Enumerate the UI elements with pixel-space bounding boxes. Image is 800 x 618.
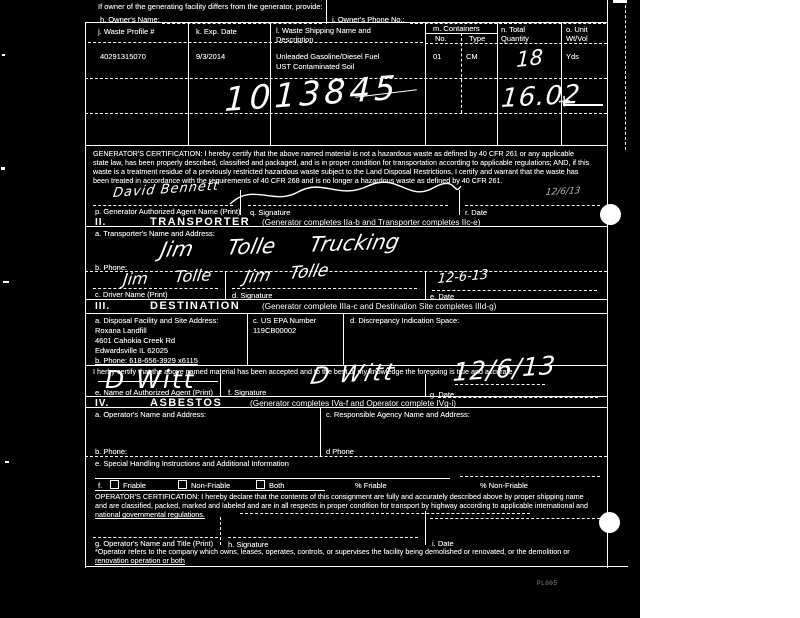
col-divider-lm — [425, 22, 426, 145]
operator-sig-area-dash — [430, 518, 600, 519]
row2-profile-handwriting: 1013845 — [224, 68, 400, 119]
hole-punch-bottom — [599, 512, 620, 533]
friable-checkbox[interactable] — [110, 480, 119, 489]
generator-label-r: r. Date — [465, 208, 487, 217]
col-divider-no-type — [461, 33, 462, 113]
col-header-shipping-1: l. Waste Shipping Name and — [276, 26, 371, 35]
section3-subtitle: (Generator complete IIIa-c and Destinati… — [262, 302, 496, 311]
non-friable-label: Non-Friable — [191, 481, 230, 490]
generator-signature-line — [248, 205, 448, 206]
operator-sig-divider-2 — [425, 511, 426, 545]
transporter-sig-divider-1 — [225, 271, 226, 299]
asbestos-agency-label: c. Responsible Agency Name and Address: — [326, 410, 470, 419]
scan-speck — [2, 54, 5, 56]
col-header-no: No. — [435, 34, 447, 43]
col-header-containers: m. Containers — [433, 24, 480, 33]
scan-stamp-code: PL005 — [537, 580, 558, 587]
scanned-manifest-page: If owner of the generating facility diff… — [0, 0, 800, 618]
row1-qty-handwriting: 18 — [516, 45, 543, 72]
destination-phone: b. Phone: 618-656-3929 x6115 — [95, 356, 198, 365]
destination-facility-2: 4601 Cahokia Creek Rd — [95, 336, 175, 345]
hole-punch-top — [600, 204, 621, 225]
row1-containers-type: CM — [466, 52, 478, 61]
asbestos-special-bottom — [95, 478, 450, 479]
scan-speck — [1, 167, 5, 170]
destination-name-strike — [98, 381, 218, 382]
transporter-box-top — [85, 226, 607, 227]
col-divider-mn — [497, 22, 498, 145]
generator-date-handwriting: 12/6/13 — [545, 186, 581, 198]
scan-speck — [613, 0, 627, 3]
col-header-unit-1: o. Unit — [566, 25, 588, 34]
owner-divider — [326, 0, 327, 24]
asbestos-special-bottom-dash — [460, 476, 600, 477]
asbestos-operator-label: a. Operator's Name and Address: — [95, 410, 206, 419]
form-bottom-border — [85, 566, 628, 567]
col-header-qty-1: n. Total — [501, 25, 525, 34]
scan-speck — [3, 281, 9, 283]
header-underline-right — [425, 43, 607, 44]
col-header-profile: j. Waste Profile # — [98, 27, 154, 36]
operator-cert-trailing-line — [240, 513, 530, 514]
asbestos-special-label: e. Special Handling Instructions and Add… — [95, 459, 289, 468]
row1-containers-no: 01 — [433, 52, 441, 61]
destination-epa-divider-left — [247, 313, 248, 365]
friable-row-underline — [95, 490, 325, 491]
form-left-border-lower — [85, 216, 86, 568]
generator-print-line — [93, 205, 233, 206]
col-header-unit-2: Wt/Vol — [566, 34, 588, 43]
row1-shipping-1: Unleaded Gasoline/Diesel Fuel — [276, 52, 379, 61]
transporter-sig-divider-2 — [425, 271, 426, 299]
header-underline-left — [88, 42, 423, 43]
row1-unit: Yds — [566, 52, 579, 61]
transporter-date-line — [432, 290, 597, 291]
generator-date-line — [465, 205, 600, 206]
transporter-signature-handwriting: Jim Tolle — [242, 260, 331, 288]
destination-date-handwriting: 12/6/13 — [452, 351, 557, 387]
owner-name-line — [162, 23, 322, 24]
scan-speck — [5, 461, 9, 463]
destination-discrepancy-label: d. Discrepancy Indication Space: — [350, 316, 459, 325]
generator-label-p: p. Generator Authorized Agent Name (Prin… — [95, 207, 241, 216]
operator-cert-line3: national governmental regulations. — [95, 510, 205, 520]
destination-facility-label: a. Disposal Facility and Site Address: — [95, 316, 218, 325]
footnote-line2: renovation operation or both — [95, 556, 185, 566]
transporter-label-c: c. Driver Name (Print) — [95, 290, 168, 299]
destination-facility-1: Roxana Landfill — [95, 326, 147, 335]
row2-divider — [85, 113, 607, 114]
friable-label: Friable — [123, 481, 146, 490]
document-scan-area: If owner of the generating facility diff… — [0, 0, 640, 618]
operator-sig-line — [228, 537, 418, 538]
section3-title: DESTINATION — [150, 300, 240, 312]
generator-label-q: q. Signature — [250, 208, 290, 217]
form-right-border — [607, 0, 608, 568]
row1-profile: 40291315070 — [100, 52, 146, 61]
row2-qty-dash — [563, 104, 603, 106]
col-header-exp: k. Exp. Date — [196, 27, 237, 36]
row2-qty-tail: + — [557, 91, 573, 112]
transporter-date-handwriting: 12-6-13 — [437, 267, 489, 287]
destination-box-top — [85, 313, 607, 314]
asbestos-phone-d-label: d Phone — [326, 447, 354, 456]
operator-sig-divider-1 — [220, 517, 221, 545]
top-note: If owner of the generating facility diff… — [98, 2, 323, 11]
row1-exp-date: 9/3/2014 — [196, 52, 225, 61]
col-header-qty-2: Quantity — [501, 34, 529, 43]
form-left-border-upper — [85, 22, 86, 216]
destination-sig-divider-1 — [220, 374, 221, 396]
pct-friable-label: % Friable — [355, 481, 387, 490]
asbestos-box-top — [85, 407, 607, 408]
asbestos-agency-divider — [320, 407, 321, 456]
col-header-type: Type — [469, 34, 485, 43]
destination-signature-handwriting: D Witt — [308, 359, 398, 390]
destination-sig-divider-2 — [425, 374, 426, 396]
both-label: Both — [269, 481, 284, 490]
destination-epa-number: 119CB00002 — [253, 326, 296, 335]
destination-date-line — [438, 397, 598, 398]
table-top-border — [85, 22, 607, 23]
asbestos-phone-b-label: b. Phone: — [95, 447, 127, 456]
col-header-shipping-2: Description — [276, 35, 314, 44]
generator-sig-divider-2 — [459, 190, 460, 215]
operator-print-line — [93, 537, 218, 538]
table-bottom-border — [85, 145, 607, 146]
destination-epa-divider-right — [343, 313, 344, 365]
asbestos-phone-line — [85, 456, 607, 457]
transporter-driver-handwriting: Jim Tolle — [122, 265, 212, 289]
transporter-sig-line — [232, 288, 417, 289]
transporter-print-line — [93, 288, 218, 289]
non-friable-checkbox[interactable] — [178, 480, 187, 489]
row1-shipping-2: UST Contaminated Soil — [276, 62, 354, 71]
section3-number: III. — [95, 301, 110, 312]
page-edge-line — [625, 0, 626, 150]
destination-facility-3: Edwardsville IL 62025 — [95, 346, 168, 355]
pct-non-friable-label: % Non-Friable — [480, 481, 528, 490]
both-checkbox[interactable] — [256, 480, 265, 489]
friable-prefix: f. — [98, 481, 102, 490]
destination-epa-label: c. US EPA Number — [253, 316, 316, 325]
